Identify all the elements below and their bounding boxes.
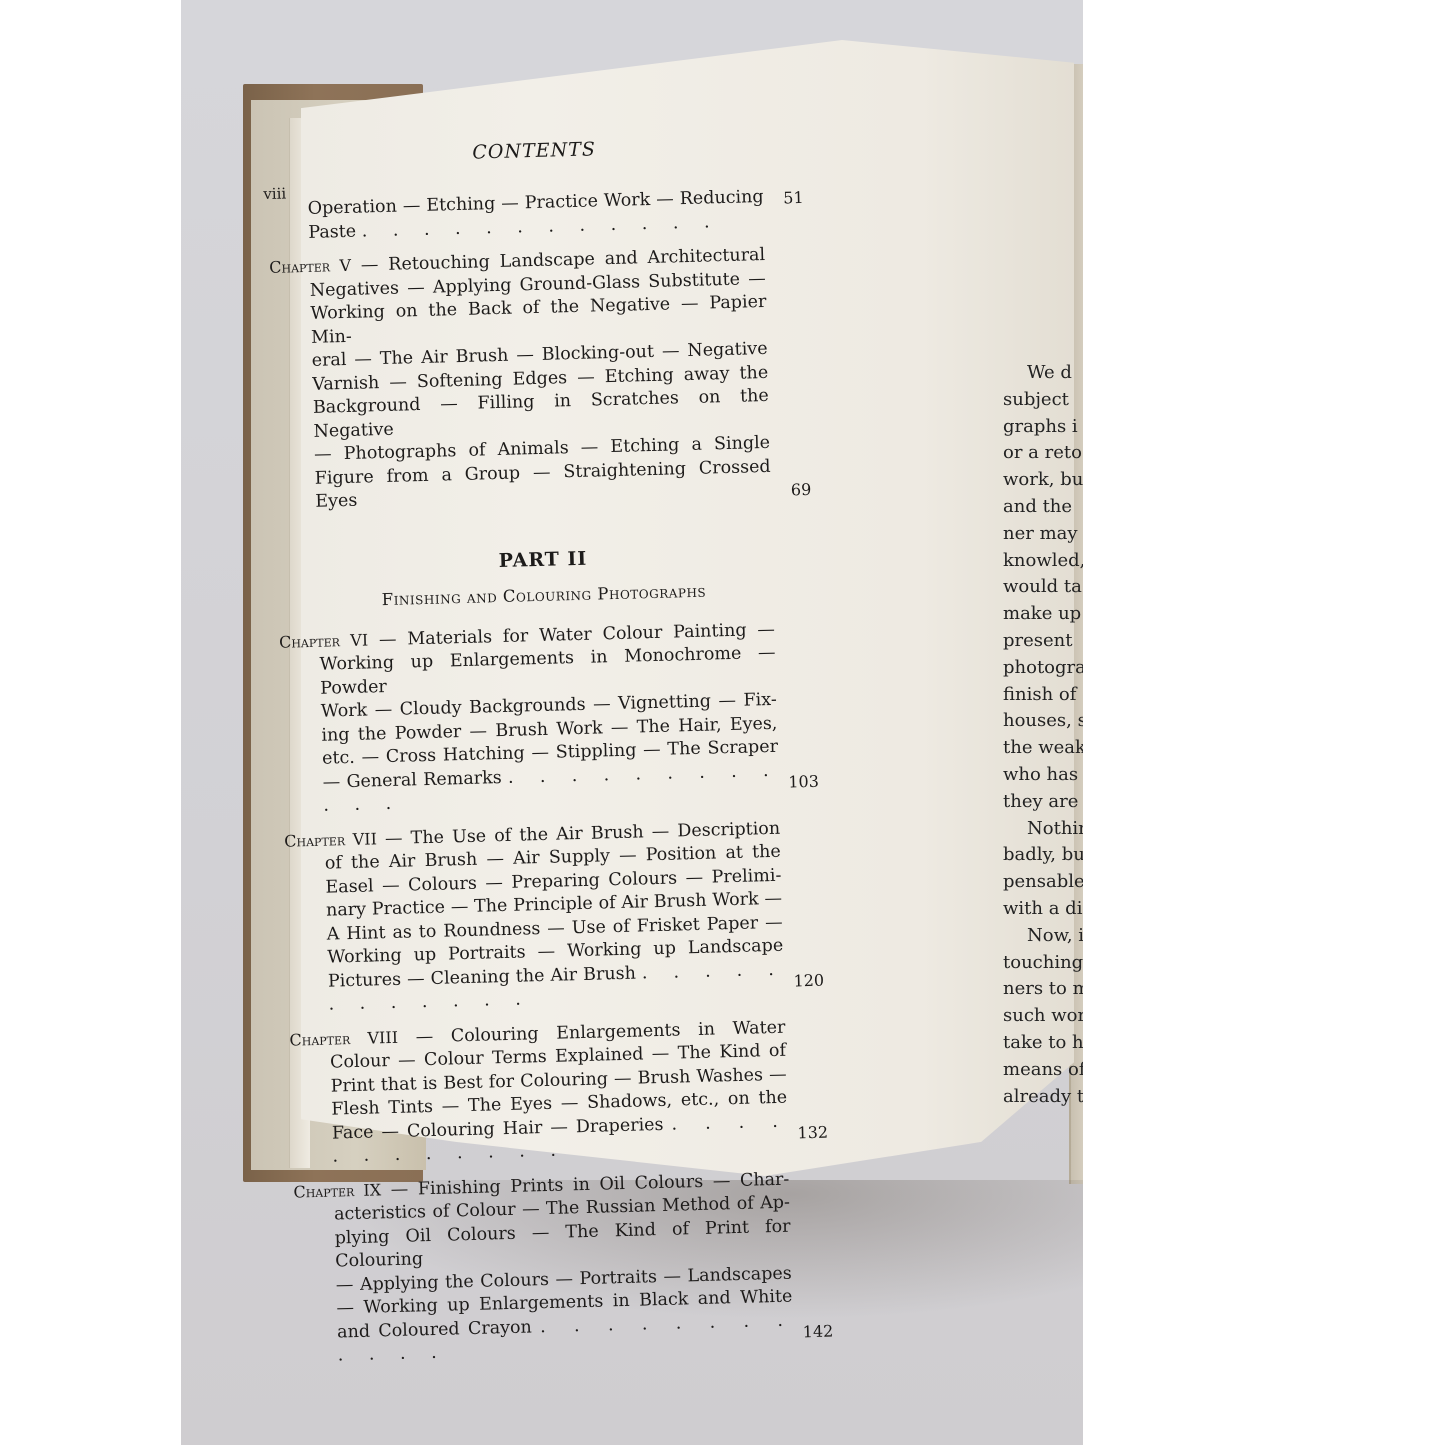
toc-page-number: 51 bbox=[783, 185, 804, 209]
chapter-label: Chapter VII bbox=[284, 829, 377, 850]
toc-entry-chapter-5: Chapter V — Retouching Landscape and Arc… bbox=[265, 242, 812, 516]
right-page-text: We d subject graphs i or a reto work, bu… bbox=[1003, 360, 1087, 1110]
chapter-label: Chapter VIII bbox=[289, 1027, 398, 1049]
toc-page-number: 103 bbox=[788, 770, 819, 794]
contents-title: CONTENTS bbox=[472, 138, 596, 165]
toc-page-number: 132 bbox=[797, 1121, 828, 1145]
toc-entry-chapter-9: Chapter IX — Finishing Prints in Oil Col… bbox=[289, 1166, 834, 1369]
part-subtitle: Finishing and Colouring Photographs bbox=[274, 577, 814, 615]
toc-page-number: 69 bbox=[791, 478, 812, 502]
chapter-label: Chapter VI bbox=[279, 630, 369, 651]
chapter-label: Chapter IX bbox=[293, 1180, 381, 1201]
chapter-label: Chapter V bbox=[269, 256, 351, 277]
table-of-contents: CONTENTS viii Operation — Etching — Prac… bbox=[262, 133, 834, 1379]
toc-entry-chapter-8: Chapter VIII — Colouring Enlargements in… bbox=[285, 1014, 829, 1170]
toc-entry-chapter-6: Chapter VI — Materials for Water Colour … bbox=[275, 616, 820, 819]
white-border bbox=[1083, 0, 1445, 1445]
toc-page-number: 120 bbox=[793, 969, 824, 993]
toc-entry-chapter-7: Chapter VII — The Use of the Air Brush —… bbox=[280, 815, 825, 1018]
toc-page-number: 142 bbox=[802, 1320, 833, 1344]
part-title: PART II bbox=[273, 541, 813, 579]
